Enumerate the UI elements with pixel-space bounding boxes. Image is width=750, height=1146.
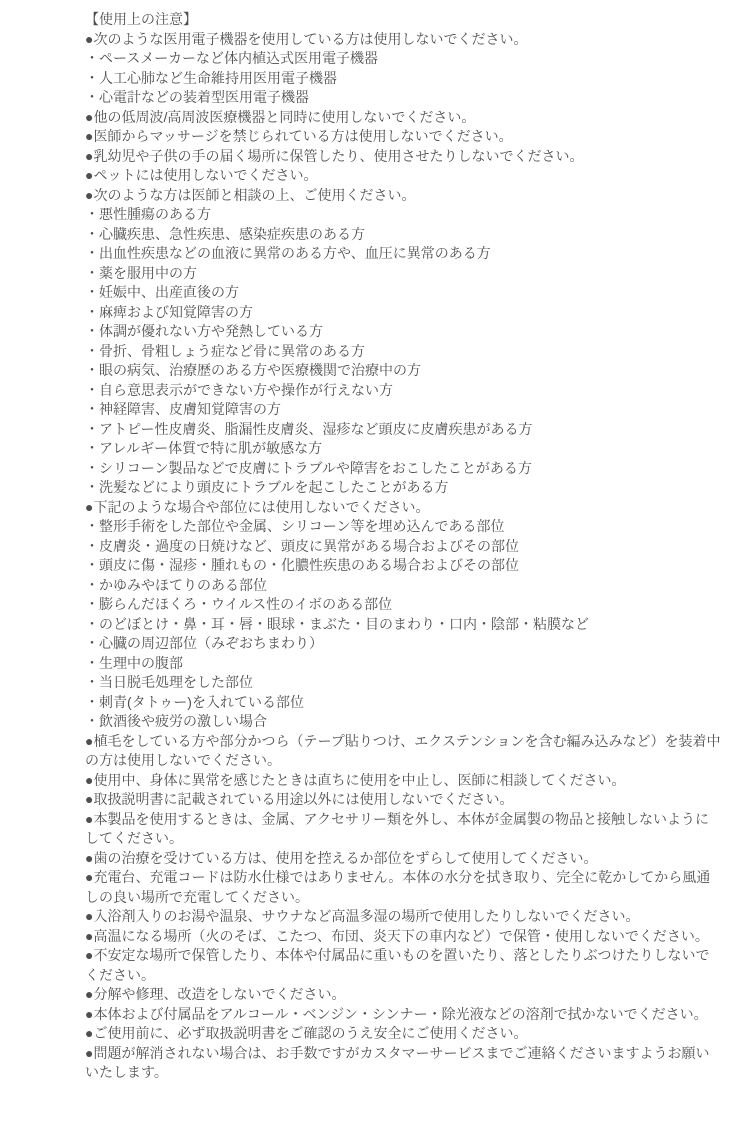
notice-line: ・人工心肺など生命維持用医用電子機器: [85, 69, 721, 89]
notice-line: ・眼の病気、治療歴のある方や医療機関で治療中の方: [85, 361, 721, 381]
notice-line: ・ペースメーカーなど体内植込式医用電子機器: [85, 49, 721, 69]
notice-line: ・シリコーン製品などで皮膚にトラブルや障害をおこしたことがある方: [85, 459, 721, 479]
notice-lines-list: ●次のような医用電子機器を使用している方は使用しないでください。・ペースメーカー…: [85, 30, 721, 1083]
notice-line: ・生理中の腹部: [85, 654, 721, 674]
notice-line: ●本体および付属品をアルコール・ベンジン・シンナー・除光液などの溶剤で拭かないで…: [85, 1005, 721, 1025]
notice-line: ●問題が解消されない場合は、お手数ですがカスタマーサービスまでご連絡くださいます…: [85, 1044, 721, 1083]
notice-line: ・皮膚炎・過度の日焼けなど、頭皮に異常がある場合およびその部位: [85, 537, 721, 557]
notice-line: ・妊娠中、出産直後の方: [85, 283, 721, 303]
notice-line: ●入浴剤入りのお湯や温泉、サウナなど高温多湿の場所で使用したりしないでください。: [85, 907, 721, 927]
notice-line: ●植毛をしている方や部分かつら（テープ貼りつけ、エクステンションを含む編み込みな…: [85, 732, 721, 771]
notice-line: ・かゆみやほてりのある部位: [85, 576, 721, 596]
notice-line: ・自ら意思表示ができない方や操作が行えない方: [85, 381, 721, 401]
notice-line: ●不安定な場所で保管したり、本体や付属品に重いものを置いたり、落としたりぶつけた…: [85, 946, 721, 985]
notice-line: ・心臓疾患、急性疾患、感染症疾患のある方: [85, 225, 721, 245]
notice-line: ・膨らんだほくろ・ウイルス性のイボのある部位: [85, 595, 721, 615]
notice-line: ・麻痺および知覚障害の方: [85, 303, 721, 323]
notice-line: ・心電計などの装着型医用電子機器: [85, 88, 721, 108]
notice-line: ●ご使用前に、必ず取扱説明書をご確認のうえ安全にご使用ください。: [85, 1024, 721, 1044]
notice-line: ・出血性疾患などの血液に異常のある方や、血圧に異常のある方: [85, 244, 721, 264]
notice-line: ●ペットには使用しないでください。: [85, 166, 721, 186]
notice-line: ・アレルギー体質で特に肌が敏感な方: [85, 439, 721, 459]
notice-line: ●高温になる場所（火のそば、こたつ、布団、炎天下の車内など）で保管・使用しないで…: [85, 927, 721, 947]
notice-line: ●乳幼児や子供の手の届く場所に保管したり、使用させたりしないでください。: [85, 147, 721, 167]
notice-line: ・心臓の周辺部位（みぞおちまわり）: [85, 634, 721, 654]
notice-line: ・飲酒後や疲労の激しい場合: [85, 712, 721, 732]
notice-line: ●次のような医用電子機器を使用している方は使用しないでください。: [85, 30, 721, 50]
notice-line: ・体調が優れない方や発熱している方: [85, 322, 721, 342]
notice-line: ・のどぼとけ・鼻・耳・唇・眼球・まぶた・目のまわり・口内・陰部・粘膜など: [85, 615, 721, 635]
notice-line: ・整形手術をした部位や金属、シリコーン等を埋め込んである部位: [85, 517, 721, 537]
notice-line: ・アトピー性皮膚炎、脂漏性皮膚炎、湿疹など頭皮に皮膚疾患がある方: [85, 420, 721, 440]
notice-line: ・悪性腫瘍のある方: [85, 205, 721, 225]
notice-line: ●使用中、身体に異常を感じたときは直ちに使用を中止し、医師に相談してください。: [85, 771, 721, 791]
notice-line: ・骨折、骨粗しょう症など骨に異常のある方: [85, 342, 721, 362]
notice-line: ・洗髪などにより頭皮にトラブルを起こしたことがある方: [85, 478, 721, 498]
notice-line: ●医師からマッサージを禁じられている方は使用しないでください。: [85, 127, 721, 147]
notice-line: ●他の低周波/高周波医療機器と同時に使用しないでください。: [85, 108, 721, 128]
notice-line: ●分解や修理、改造をしないでください。: [85, 985, 721, 1005]
notice-line: ・神経障害、皮膚知覚障害の方: [85, 400, 721, 420]
notice-line: ●取扱説明書に記載されている用途以外には使用しないでください。: [85, 790, 721, 810]
notice-line: ・頭皮に傷・湿疹・腫れもの・化膿性疾患のある場合およびその部位: [85, 556, 721, 576]
notice-line: ・薬を服用中の方: [85, 264, 721, 284]
notice-line: ●充電台、充電コードは防水仕様ではありません。本体の水分を拭き取り、完全に乾かし…: [85, 868, 721, 907]
notice-line: ●下記のような場合や部位には使用しないでください。: [85, 498, 721, 518]
notice-line: ●本製品を使用するときは、金属、アクセサリー類を外し、本体が金属製の物品と接触し…: [85, 810, 721, 849]
notice-line: ・刺青(タトゥー)を入れている部位: [85, 693, 721, 713]
notice-line: ●歯の治療を受けている方は、使用を控えるか部位をずらして使用してください。: [85, 849, 721, 869]
notice-line: ●次のような方は医師と相談の上、ご使用ください。: [85, 186, 721, 206]
section-title: 【使用上の注意】: [85, 10, 721, 30]
notice-line: ・当日脱毛処理をした部位: [85, 673, 721, 693]
usage-notes-section: 【使用上の注意】 ●次のような医用電子機器を使用している方は使用しないでください…: [85, 10, 721, 1083]
